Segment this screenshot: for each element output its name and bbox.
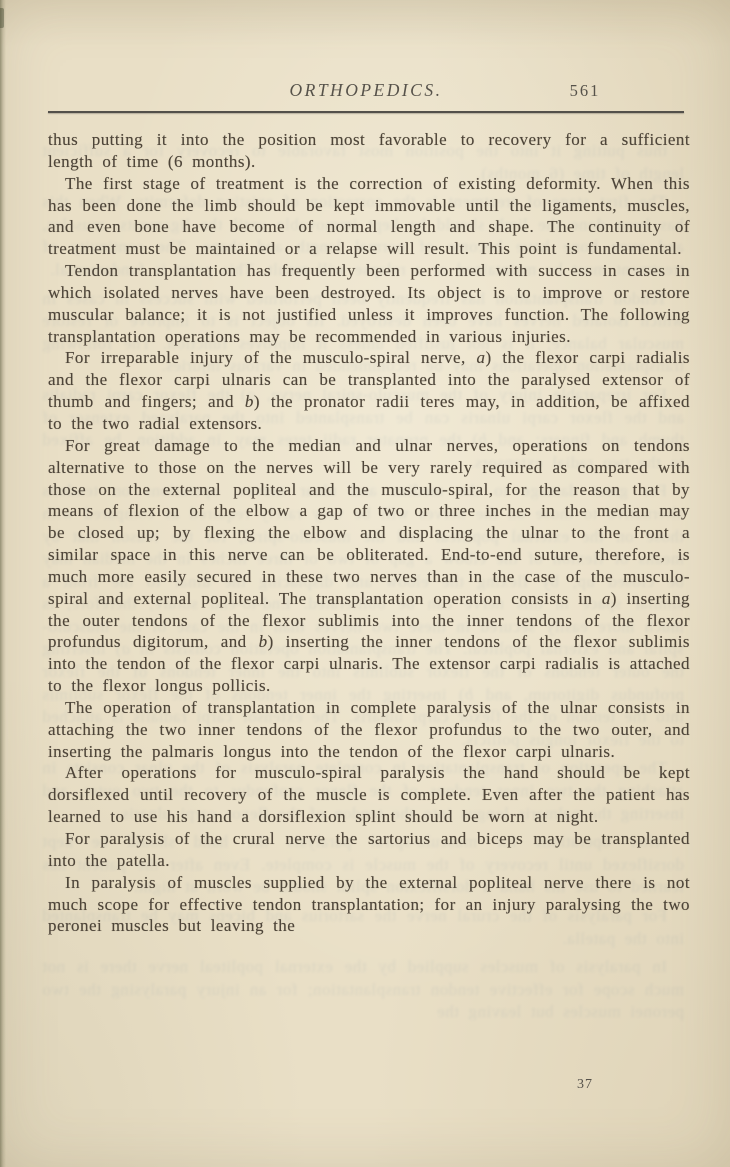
ghost-paragraph: In paralysis of muscles supplied by the … xyxy=(42,956,684,1024)
paragraph: Tendon transplantation has frequently be… xyxy=(48,260,690,347)
paragraph: After operations for musculo-spiral para… xyxy=(48,762,690,828)
signature-mark: 37 xyxy=(540,1077,630,1093)
paragraph: For paralysis of the crural nerve the sa… xyxy=(48,828,690,872)
body-text: thus putting it into the position most f… xyxy=(48,129,690,937)
paragraph: For irreparable injury of the musculo-sp… xyxy=(48,347,690,434)
paragraph: In paralysis of muscles supplied by the … xyxy=(48,872,690,938)
scan-edge-artifact xyxy=(0,8,4,28)
paragraph: thus putting it into the position most f… xyxy=(48,129,690,173)
page-number: 561 xyxy=(558,81,612,101)
paragraph: For great damage to the median and ulnar… xyxy=(48,435,690,697)
paragraph: The operation of transplantation in comp… xyxy=(48,697,690,763)
header-rule xyxy=(48,111,684,113)
scanned-book-page: ORTHOPEDICS. 561 thus putting it into th… xyxy=(0,0,730,1167)
paragraph: The first stage of treatment is the corr… xyxy=(48,173,690,260)
